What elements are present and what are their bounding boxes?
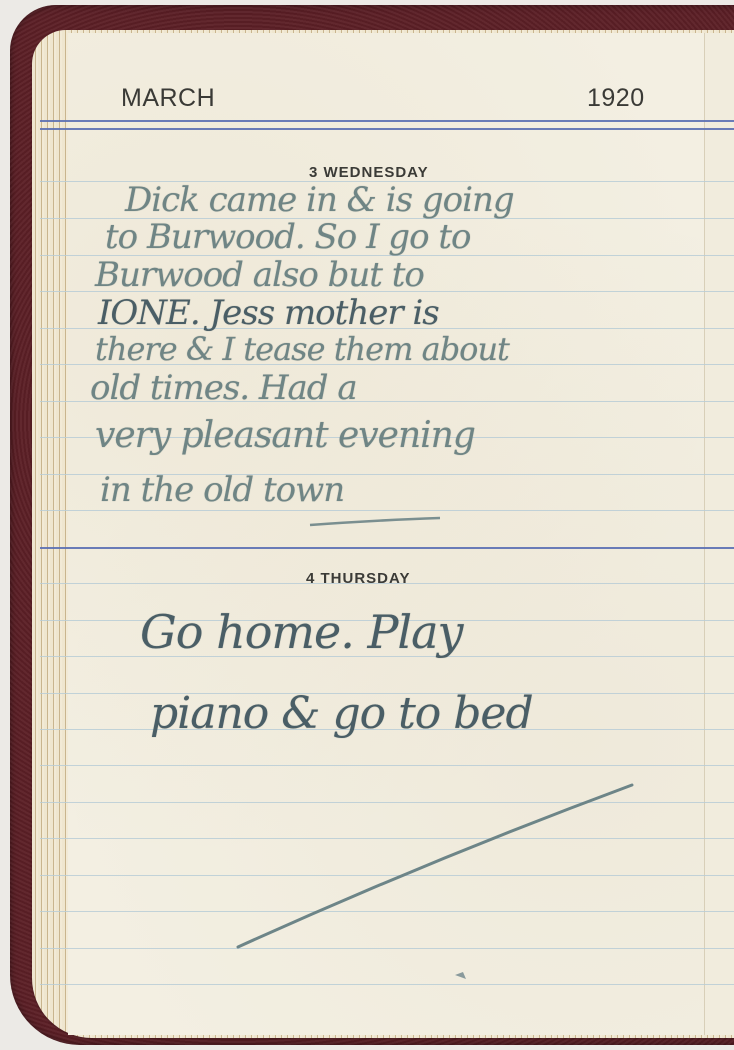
end-of-entry-stroke <box>238 785 632 947</box>
pen-strokes <box>0 0 734 1050</box>
ink-blot <box>455 972 466 979</box>
underline-stroke <box>310 518 440 525</box>
